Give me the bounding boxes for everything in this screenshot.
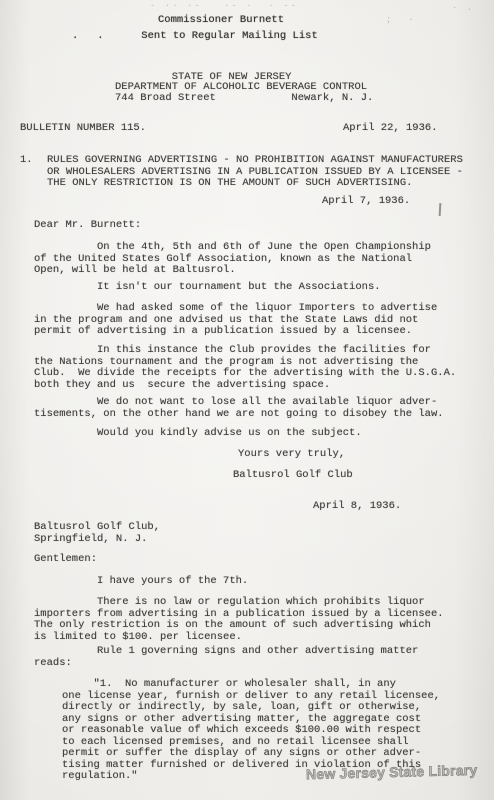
letter2-address: Baltusrol Golf Club, Springfield, N. J. xyxy=(34,522,160,545)
item-heading: RULES GOVERNING ADVERTISING - NO PROHIBI… xyxy=(47,155,463,190)
bulletin-date: April 22, 1936. xyxy=(343,123,438,135)
letter1-paragraph-4: In this instance the Club provides the f… xyxy=(34,345,456,391)
letter1-date: April 7, 1936. xyxy=(322,196,410,208)
letter2-paragraph-1: I have yours of the 7th. xyxy=(34,576,248,588)
letter1-closing: Yours very truly, xyxy=(238,449,345,461)
letter1-paragraph-3: We had asked some of the liquor Importer… xyxy=(34,303,437,338)
letter2-paragraph-3: Rule 1 governing signs and other adverti… xyxy=(34,646,418,669)
smudge-mark-right: ; · xyxy=(386,16,416,25)
letter2-salutation: Gentlemen: xyxy=(34,554,97,566)
smudge-mark-corner: · . xyxy=(452,4,474,13)
smudge-mark-top: - ·· ·- ·- · · -- xyxy=(150,2,298,11)
letter2-paragraph-2: There is no law or regulation which proh… xyxy=(34,597,444,643)
letter1-paragraph-1: On the 4th, 5th and 6th of June the Open… xyxy=(34,242,431,277)
agency-letterhead: STATE OF NEW JERSEY DEPARTMENT OF ALCOHO… xyxy=(115,72,373,103)
bulletin-number: BULLETIN NUMBER 115. xyxy=(20,123,146,135)
library-stamp: New Jersey State Library xyxy=(306,762,478,782)
annotation-commissioner: Commissioner Burnett xyxy=(158,15,284,27)
item-number: 1. xyxy=(20,155,33,167)
stray-tick-mark xyxy=(439,203,441,216)
scanned-bulletin-page: - ·· ·- ·- · · -- · . ; · Commissioner B… xyxy=(0,0,494,800)
letter1-paragraph-5: We do not want to lose all the available… xyxy=(34,397,444,420)
letter1-signature: Baltusrol Golf Club xyxy=(233,470,353,482)
letter1-paragraph-6: Would you kindly advise us on the subjec… xyxy=(34,428,362,440)
letter2-date: April 8, 1936. xyxy=(313,501,401,513)
letter1-salutation: Dear Mr. Burnett: xyxy=(34,220,141,232)
letter1-paragraph-2: It isn't our tournament but the Associat… xyxy=(34,282,381,294)
annotation-mailing-list: . . Sent to Regular Mailing List xyxy=(72,31,318,43)
